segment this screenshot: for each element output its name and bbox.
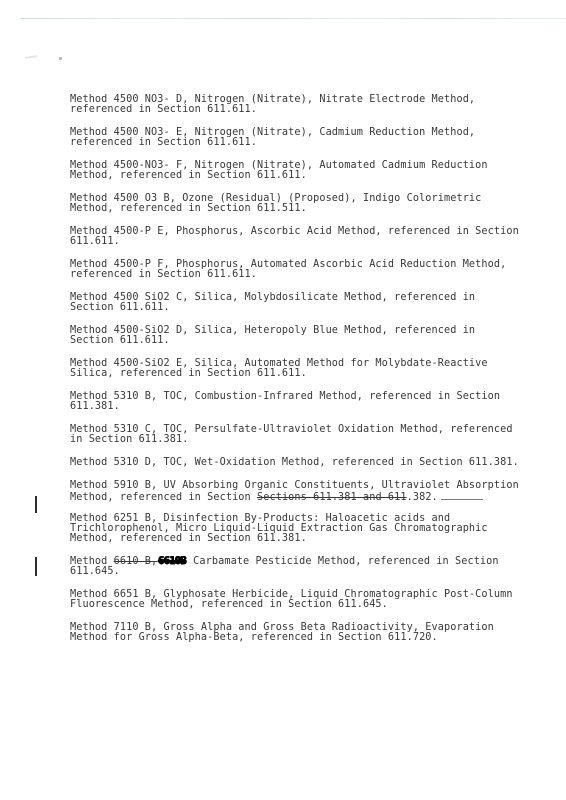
text-segment: Method 5310 B, TOC, Combustion-Infrared … xyxy=(70,391,500,402)
method-entry: Method 4500 SiO2 C, Silica, Molybdosilic… xyxy=(70,293,538,313)
text-segment: Method, referenced in Section 611.511. xyxy=(70,203,307,214)
method-entry: Method 5310 D, TOC, Wet-Oxidation Method… xyxy=(70,458,538,468)
entry-line: referenced in Section 611.611. xyxy=(70,105,538,115)
entry-line: Method 5310 D, TOC, Wet-Oxidation Method… xyxy=(70,458,538,468)
method-entry: Method 4500-NO3- F, Nitrogen (Nitrate), … xyxy=(70,161,538,181)
struck-deleted-text: 6610 B, xyxy=(114,556,158,567)
text-segment: Carbamate Pesticide Method, referenced i… xyxy=(187,556,499,567)
scan-smudge-dot xyxy=(59,57,62,60)
text-segment: referenced in Section 611.611. xyxy=(70,137,257,148)
revision-change-bar xyxy=(35,557,37,576)
text-segment: Silica, referenced in Section 611.611. xyxy=(70,368,307,379)
text-segment: .382. xyxy=(407,492,438,503)
text-segment: 611.611. xyxy=(70,236,120,247)
entry-line: 611.381. xyxy=(70,402,538,412)
method-entry: Method 4500 NO3- D, Nitrogen (Nitrate), … xyxy=(70,95,538,115)
entry-line: 611.645. xyxy=(70,567,538,577)
text-segment: 611.645. xyxy=(70,566,120,577)
text-segment: Method, referenced in Section xyxy=(70,492,257,503)
text-segment: in Section 611.381. xyxy=(70,434,188,445)
method-entry: Method 6251 B, Disinfection By-Products:… xyxy=(70,514,538,544)
entry-line: Method 6610 B,6610B Carbamate Pesticide … xyxy=(70,557,538,567)
entry-line: Method for Gross Alpha-Beta, referenced … xyxy=(70,633,538,643)
text-segment: Section 611.611. xyxy=(70,335,170,346)
entry-line: Method 5310 B, TOC, Combustion-Infrared … xyxy=(70,392,538,402)
entry-line: Method, referenced in Section 611.611. xyxy=(70,171,538,181)
method-entry: Method 4500 O3 B, Ozone (Residual) (Prop… xyxy=(70,194,538,214)
method-entry: Method 4500-P F, Phosphorus, Automated A… xyxy=(70,260,538,280)
entry-line: referenced in Section 611.611. xyxy=(70,270,538,280)
entry-line: Method, referenced in Section 611.511. xyxy=(70,204,538,214)
revision-change-bar xyxy=(35,496,37,513)
entry-line: Method, referenced in Section Sections 6… xyxy=(70,491,538,501)
method-entry: Method 6610 B,6610B Carbamate Pesticide … xyxy=(70,557,538,577)
text-segment: 611.381. xyxy=(70,401,120,412)
text-segment: referenced in Section 611.611. xyxy=(70,104,257,115)
text-segment: Method 4500-P E, Phosphorus, Ascorbic Ac… xyxy=(70,226,519,237)
entry-line: 611.611. xyxy=(70,237,538,247)
entry-line: Fluorescence Method, referenced in Secti… xyxy=(70,600,538,610)
method-entry: Method 5910 B, UV Absorbing Organic Cons… xyxy=(70,481,538,501)
text-segment: Method 5910 B, UV Absorbing Organic Cons… xyxy=(70,480,519,491)
method-entry: Method 5310 B, TOC, Combustion-Infrared … xyxy=(70,392,538,412)
method-entry: Method 4500-P E, Phosphorus, Ascorbic Ac… xyxy=(70,227,538,247)
text-segment: Method for Gross Alpha-Beta, referenced … xyxy=(70,632,438,643)
overtyped-correction-text: 6610B xyxy=(157,556,187,567)
struck-deleted-text: Sections 611.381 and 611 xyxy=(257,492,407,503)
method-entry: Method 7110 B, Gross Alpha and Gross Bet… xyxy=(70,623,538,643)
method-entry: Method 4500 NO3- E, Nitrogen (Nitrate), … xyxy=(70,128,538,148)
text-segment: referenced in Section 611.611. xyxy=(70,269,257,280)
entry-line: Section 611.611. xyxy=(70,336,538,346)
entry-line: Method 4500-P E, Phosphorus, Ascorbic Ac… xyxy=(70,227,538,237)
entry-line: Method, referenced in Section 611.381. xyxy=(70,534,538,544)
method-entry: Method 4500-SiO2 E, Silica, Automated Me… xyxy=(70,359,538,379)
text-segment: Method, referenced in Section 611.381. xyxy=(70,533,307,544)
scan-smudge xyxy=(25,55,37,59)
text-segment: Method 5310 D, TOC, Wet-Oxidation Method… xyxy=(70,457,519,468)
method-entry: Method 6651 B, Glyphosate Herbicide, Liq… xyxy=(70,590,538,610)
scan-artifact-line xyxy=(20,18,566,19)
method-entry: Method 5310 C, TOC, Persulfate-Ultraviol… xyxy=(70,425,538,445)
entry-line: in Section 611.381. xyxy=(70,435,538,445)
text-segment: Method, referenced in Section 611.611. xyxy=(70,170,307,181)
entry-line: Section 611.611. xyxy=(70,303,538,313)
method-entry: Method 4500-SiO2 D, Silica, Heteropoly B… xyxy=(70,326,538,346)
entry-line: Method 5910 B, UV Absorbing Organic Cons… xyxy=(70,481,538,491)
handwriting-blank-line xyxy=(441,491,483,500)
entry-line: referenced in Section 611.611. xyxy=(70,138,538,148)
entry-line: Silica, referenced in Section 611.611. xyxy=(70,369,538,379)
text-segment: Fluorescence Method, referenced in Secti… xyxy=(70,599,388,610)
method-list: Method 4500 NO3- D, Nitrogen (Nitrate), … xyxy=(70,95,538,656)
text-segment: Section 611.611. xyxy=(70,302,170,313)
scanned-page: Method 4500 NO3- D, Nitrogen (Nitrate), … xyxy=(0,0,566,800)
